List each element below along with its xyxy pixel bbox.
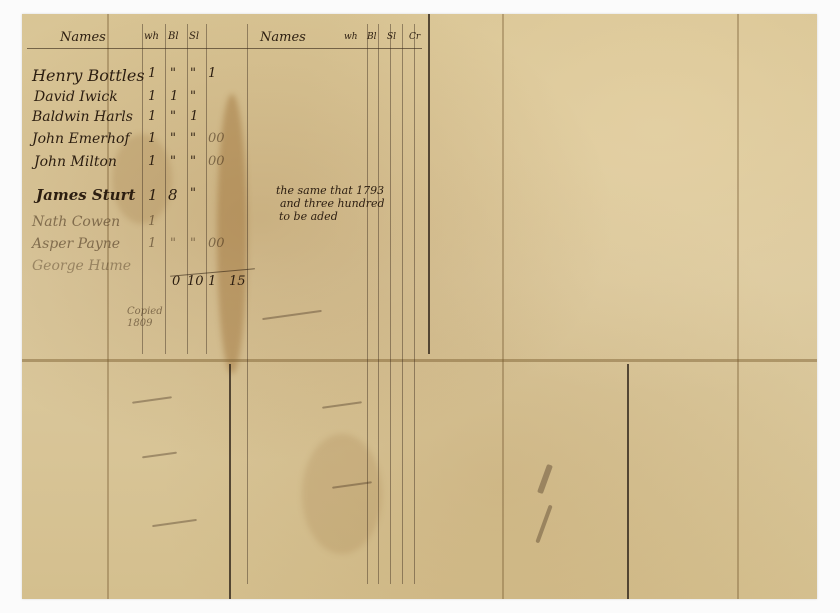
row-cell: 00 [208, 236, 225, 251]
right-header-col3: Sl [387, 32, 396, 42]
row-cell: 8 [168, 186, 178, 204]
row-cell: 1 [190, 109, 198, 124]
row-name: John Emerhof [32, 131, 130, 147]
row-name: Asper Payne [32, 236, 120, 252]
total-col1: 0 [172, 274, 180, 289]
column-rule [187, 24, 188, 354]
row-cell: " [190, 131, 196, 146]
faint-scribble [152, 519, 197, 527]
header-rule [27, 48, 422, 49]
row-cell: " [170, 66, 176, 81]
row-cell: " [190, 154, 196, 169]
row-name: David Iwick [34, 89, 118, 105]
row-name: Nath Cowen [32, 214, 120, 230]
paper-fold [502, 14, 504, 599]
row-cell: " [170, 131, 176, 146]
row-cell: 1 [148, 236, 156, 251]
row-cell: " [190, 236, 196, 251]
row-cell: " [170, 109, 176, 124]
column-rule [206, 24, 207, 354]
left-header-col2: Bl [168, 31, 179, 42]
column-rule [390, 24, 391, 584]
faint-scribble [537, 464, 553, 494]
paper-fold [428, 14, 430, 354]
row-cell: 00 [208, 154, 225, 169]
paper-fold [229, 364, 231, 599]
row-cell: 1 [208, 66, 216, 81]
column-rule [165, 24, 166, 354]
ledger-paper: Names wh Bl Sl Names wh Bl Sl Cr Henry B… [22, 14, 817, 599]
row-cell: 1 [148, 186, 158, 204]
water-stain [302, 434, 382, 554]
row-cell: " [170, 236, 176, 251]
column-rule [247, 24, 248, 584]
column-rule [378, 24, 379, 584]
faint-scribble [132, 396, 172, 404]
total-col2: 10 [187, 274, 204, 289]
row-cell: 1 [170, 89, 178, 104]
row-cell: " [170, 154, 176, 169]
row-cell: 1 [148, 109, 156, 124]
row-name: Henry Bottles [32, 66, 145, 85]
total-col3: 1 [208, 274, 216, 289]
note-line-3: to be aded [279, 210, 338, 223]
right-header-names: Names [260, 30, 306, 45]
column-rule [414, 24, 415, 584]
row-cell: 00 [208, 131, 225, 146]
row-cell: " [190, 89, 196, 104]
right-header-col2: Bl [367, 32, 377, 42]
paper-fold [22, 359, 817, 362]
row-name: John Milton [34, 154, 117, 170]
left-header-names: Names [60, 30, 106, 45]
row-cell: 1 [148, 214, 156, 229]
right-header-col1: wh [344, 32, 358, 42]
row-cell: 1 [148, 131, 156, 146]
column-rule [402, 24, 403, 584]
paper-fold [627, 364, 629, 599]
total-col4: 15 [229, 274, 246, 289]
faint-scribble [535, 505, 552, 544]
note-line-2: and three hundred [280, 197, 385, 210]
left-header-col1: wh [144, 31, 159, 42]
faint-scribble [262, 310, 322, 320]
paper-fold [737, 14, 739, 599]
column-rule [367, 24, 368, 584]
left-header-col3: Sl [189, 31, 199, 42]
row-cell: " [190, 186, 196, 201]
row-name: James Sturt [36, 186, 135, 204]
row-name: George Hume [32, 258, 131, 274]
row-cell: 1 [148, 89, 156, 104]
row-name: Baldwin Harls [32, 109, 133, 125]
faint-scribble [322, 401, 362, 409]
row-cell: " [190, 66, 196, 81]
row-cell: 1 [148, 154, 156, 169]
note-line-1: the same that 1793 [276, 184, 384, 197]
marginalia: Copied 1809 [127, 306, 167, 330]
right-header-col4: Cr [409, 32, 420, 42]
faint-scribble [142, 452, 177, 459]
row-cell: 1 [148, 66, 156, 81]
